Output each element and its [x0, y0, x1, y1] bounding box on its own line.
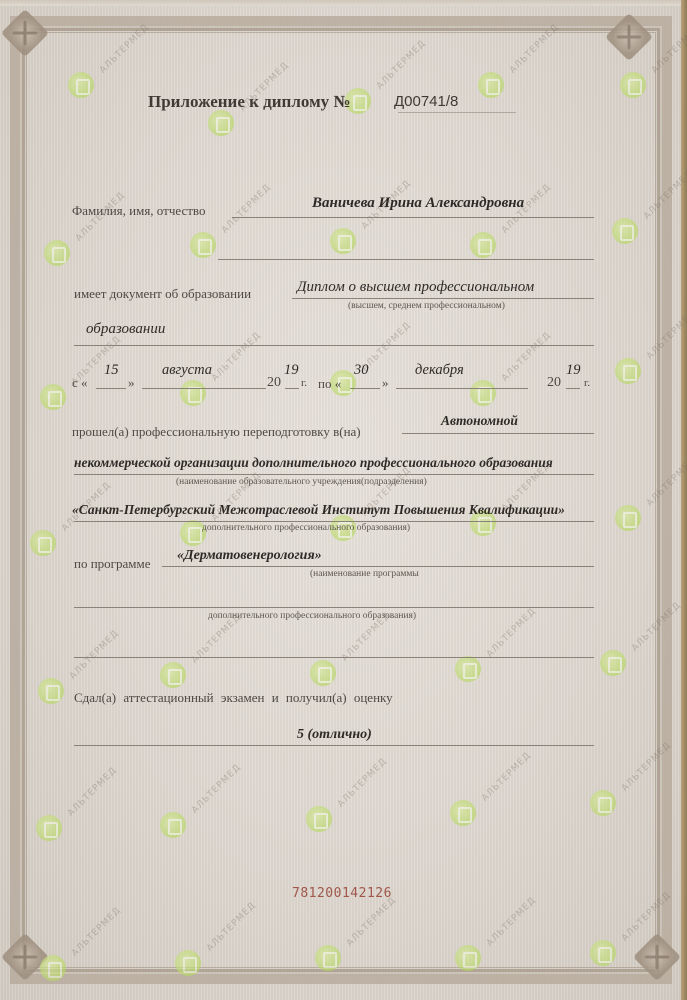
period-to-prefix: по « [318, 376, 341, 392]
program-hint-1: (наименование программы [310, 569, 419, 579]
grade-value: 5 (отлично) [297, 727, 372, 743]
education-doc-hint: (высшем, среднем профессиональном) [348, 301, 505, 311]
watermark-logo-icon [180, 380, 206, 406]
program-value: «Дерматовенерология» [177, 548, 322, 564]
full-name-underline [232, 217, 594, 218]
diploma-number-underline [398, 112, 516, 113]
paper-right-edge [681, 0, 687, 1000]
quote-close: » [382, 375, 389, 391]
watermark-logo-icon [160, 812, 186, 838]
watermark-logo-icon [455, 945, 481, 971]
full-name-label: Фамилия, имя, отчество [72, 203, 205, 219]
institution-underline-1 [402, 433, 594, 434]
quote-close: » [128, 375, 135, 391]
decorative-frame-inner [26, 32, 656, 968]
institution-hint-2: дополнительного профессионального образо… [202, 523, 410, 533]
watermark-logo-icon [38, 678, 64, 704]
program-label: по программе [74, 556, 151, 572]
period-to-day: 30 [354, 362, 369, 379]
blank-underline [218, 259, 594, 260]
period-to-year: 19 [566, 362, 581, 379]
watermark-logo-icon [450, 800, 476, 826]
institution-line-3: «Санкт-Петербургский Межотраслевой Инсти… [72, 502, 565, 518]
year-suffix: г. [584, 377, 590, 389]
exam-label: Сдал(а) аттестационный экзамен и получил… [74, 690, 393, 706]
from-year-underline [285, 388, 299, 389]
full-name-value: Ваничева Ирина Александровна [312, 195, 524, 212]
watermark-logo-icon [30, 530, 56, 556]
retraining-label: прошел(а) профессиональную переподготовк… [72, 424, 361, 440]
watermark-logo-icon [68, 72, 94, 98]
program-underline-2 [74, 607, 594, 608]
watermark-logo-icon [315, 945, 341, 971]
watermark-logo-icon [306, 806, 332, 832]
watermark-logo-icon [310, 660, 336, 686]
page-title: Приложение к диплому № [148, 92, 350, 112]
watermark-logo-icon [615, 505, 641, 531]
program-hint-2: дополнительного профессионального образо… [208, 611, 416, 621]
diploma-supplement-page: АЛЬТЕРМЕДАЛЬТЕРМЕДАЛЬТЕРМЕДАЛЬТЕРМЕДАЛЬТ… [0, 0, 687, 1000]
period-from-day: 15 [104, 362, 119, 379]
program-underline [162, 566, 594, 567]
diploma-number: Д00741/8 [394, 93, 458, 110]
year-suffix: г. [301, 377, 307, 389]
century: 20 [267, 375, 281, 391]
watermark-logo-icon [478, 72, 504, 98]
century: 20 [547, 375, 561, 391]
period-from-prefix: с « [72, 375, 88, 391]
watermark-logo-icon [330, 228, 356, 254]
institution-hint-1: (наименование образовательного учреждени… [176, 477, 427, 487]
watermark-logo-icon [590, 940, 616, 966]
watermark-logo-icon [40, 955, 66, 981]
watermark-logo-icon [36, 815, 62, 841]
education-doc-underline-2 [74, 345, 594, 346]
watermark-logo-icon [470, 232, 496, 258]
education-doc-label: имеет документ об образовании [74, 286, 251, 302]
from-day-underline [96, 388, 126, 389]
to-month-underline [396, 388, 528, 389]
grade-underline [74, 745, 594, 746]
watermark-logo-icon [190, 232, 216, 258]
watermark-logo-icon [175, 950, 201, 976]
watermark-logo-icon [470, 380, 496, 406]
watermark-logo-icon [208, 110, 234, 136]
education-doc-underline [292, 298, 594, 299]
watermark-logo-icon [620, 72, 646, 98]
to-day-underline [350, 388, 380, 389]
blank-underline-2 [74, 657, 594, 658]
institution-underline-2 [74, 474, 594, 475]
from-month-underline [142, 388, 266, 389]
education-doc-value: Диплом о высшем профессиональном [297, 279, 534, 296]
institution-line-1: Автономной [441, 413, 518, 429]
period-to-month: декабря [415, 362, 464, 379]
to-year-underline [566, 388, 580, 389]
serial-number: 781200142126 [292, 886, 392, 901]
institution-underline-3 [74, 521, 594, 522]
watermark-logo-icon [44, 240, 70, 266]
watermark-logo-icon [600, 650, 626, 676]
watermark-logo-icon [612, 218, 638, 244]
watermark-logo-icon [40, 384, 66, 410]
watermark-logo-icon [160, 662, 186, 688]
paper-top-edge [0, 0, 687, 6]
period-from-month: августа [162, 362, 212, 379]
watermark-logo-icon [590, 790, 616, 816]
education-doc-value-cont: образовании [86, 321, 165, 338]
institution-line-2: некоммерческой организации дополнительно… [74, 455, 553, 471]
watermark-logo-icon [455, 656, 481, 682]
watermark-logo-icon [615, 358, 641, 384]
period-from-year: 19 [284, 362, 299, 379]
